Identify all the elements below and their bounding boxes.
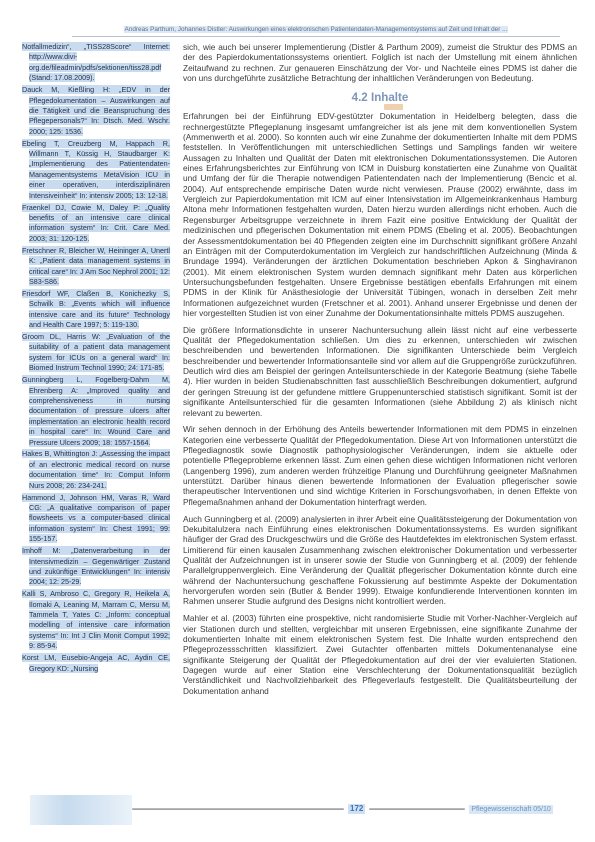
reference-item: Korst LM, Eusebio-Angeja AC, Aydin CE, G… [22,653,170,674]
section-heading: 4.2 Inhalte [183,91,577,104]
highlight-artifact [30,795,132,825]
reference-item: Gunningberg L, Fogelberg-Dahm M, Ehrenbe… [22,375,170,448]
running-header-text: Andreas Parthum, Johannes Distler: Auswi… [124,26,509,33]
running-header: Andreas Parthum, Johannes Distler: Auswi… [72,26,560,37]
body-paragraph: Wir sehen dennoch in der Erhöhung des An… [183,424,577,507]
body-paragraph: Mahler et al. (2003) führten eine prospe… [183,613,577,696]
page-number: 172 [348,804,365,814]
reference-item: Ebeling T, Creuzberg M, Happach R, Willm… [22,139,170,201]
reference-item: Hammond J, Johnson HM, Varas R, Ward CG:… [22,493,170,545]
body-paragraph: Auch Gunningberg et al. (2009) analysier… [183,514,577,607]
reference-item: Fretschner R, Bleicher W, Heininger A, U… [22,246,170,288]
highlight-accent-mark [384,104,403,110]
references-column: Notfallmedizin“, „TISS28Score“ Internet:… [22,42,170,702]
page-footer: 172 Pflegewissenschaft 05/10 [132,803,567,815]
body-paragraph: Erfahrungen bei der Einführung EDV-gestü… [183,111,577,318]
reference-item: Groom DL, Harris W: „Evaluation of the s… [22,332,170,374]
footer-rule-left [132,808,344,810]
body-paragraph-intro: sich, wie auch bei unserer Implementieru… [183,42,577,83]
reference-item: Kalli S, Ambroso C, Gregory R, Heikela A… [22,589,170,651]
journal-name: Pflegewissenschaft 05/10 [469,805,552,814]
footer-rule-right [369,808,465,810]
reference-item: Hakes B, Whittington J: „Assessing the i… [22,449,170,491]
reference-item: Fraenkel DJ, Cowie M, Daley P: „Quality … [22,203,170,245]
paper-page: Andreas Parthum, Johannes Distler: Auswi… [0,0,595,842]
body-paragraph: Die größere Informationsdichte in unsere… [183,325,577,418]
reference-item: Dauck M, Kießling H: „EDV in der Pfleged… [22,85,170,137]
reference-item: Notfallmedizin“, „TISS28Score“ Internet:… [22,42,170,84]
body-column: sich, wie auch bei unserer Implementieru… [183,42,577,702]
reference-item: Friesdorf WF, Claßen B, Konichezky S, Sc… [22,289,170,331]
two-column-layout: Notfallmedizin“, „TISS28Score“ Internet:… [22,42,577,702]
reference-item: Imhoff M: „Datenverarbeitung in der Inte… [22,546,170,588]
